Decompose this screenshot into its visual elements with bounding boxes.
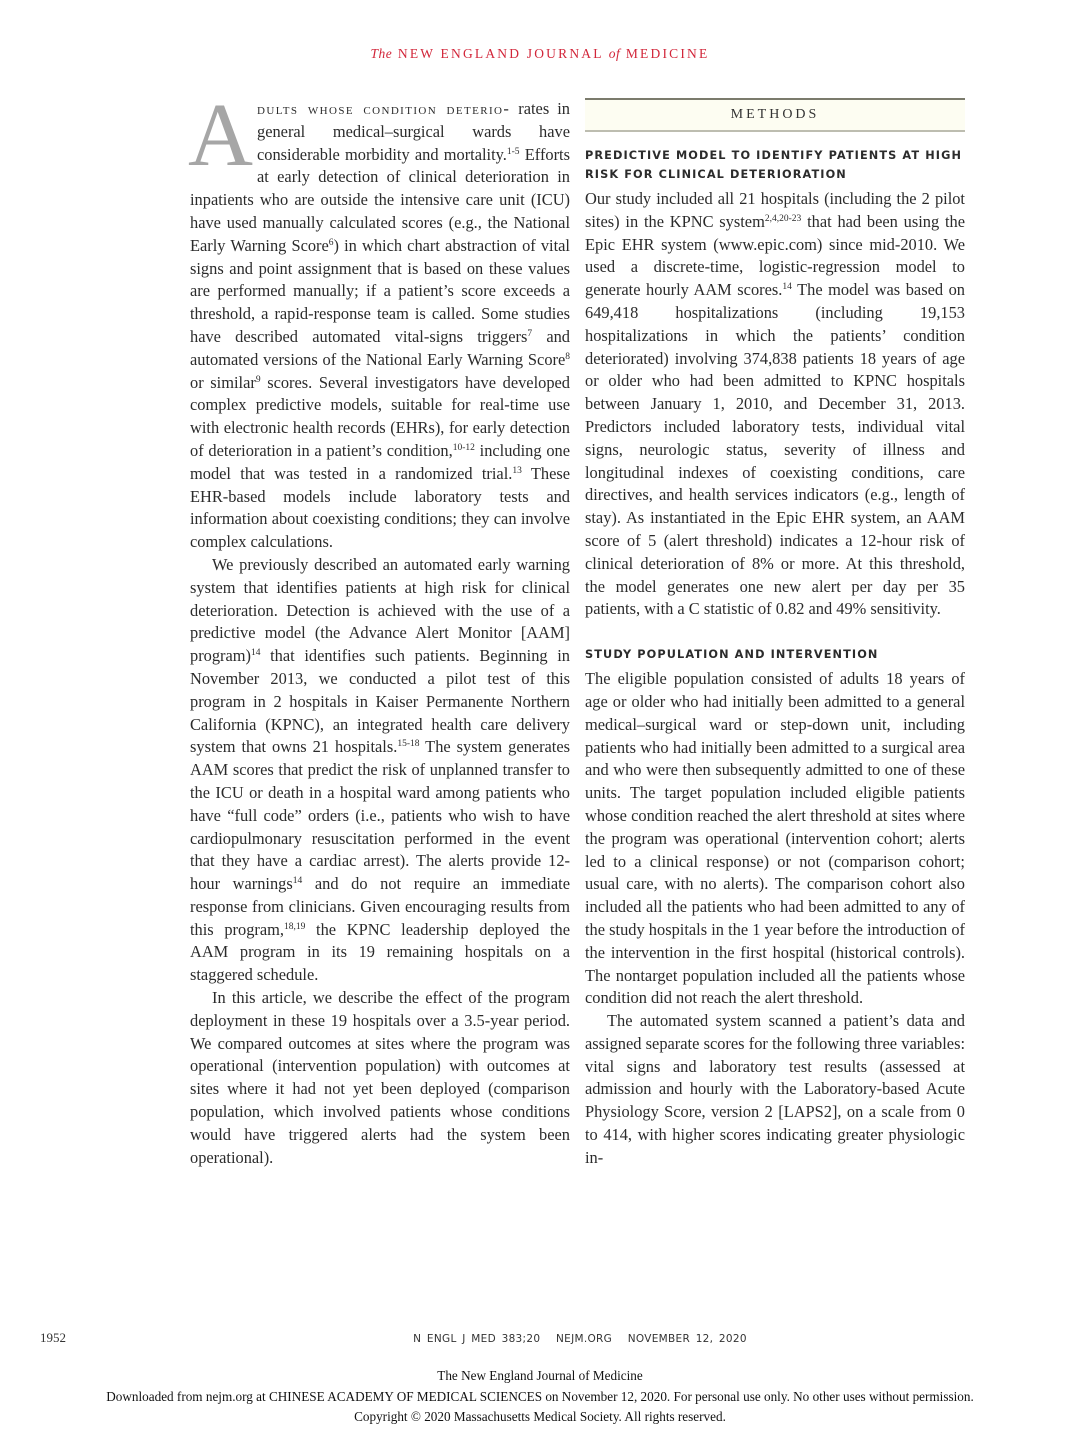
download-notice-title: The New England Journal of Medicine: [0, 1366, 1080, 1387]
intro-paragraph-2: We previously described an automated ear…: [190, 554, 570, 987]
methods-paragraph-2: The eligible population consisted of adu…: [585, 668, 965, 1010]
citation-superscript: 18,19: [284, 922, 305, 932]
paragraph-body: The eligible population consisted of adu…: [585, 669, 965, 1007]
citation-superscript: 14: [293, 876, 303, 886]
citation-superscript: 7: [527, 329, 532, 339]
journal-of: of: [609, 46, 621, 61]
paragraph-body: Our study included all 21 hospitals (inc…: [585, 189, 965, 618]
site-link[interactable]: NEJM.ORG: [556, 1333, 612, 1345]
page-number: 1952: [40, 1330, 66, 1346]
paragraph-body: The automated system scanned a patient’s…: [585, 1011, 965, 1167]
section-title: METHODS: [731, 107, 820, 122]
lead-smallcaps: dults whose condition deterio-: [257, 99, 510, 118]
right-column: METHODS Predictive Model to Identify Pat…: [585, 98, 965, 1170]
citation-superscript: 14: [251, 648, 261, 658]
journal-prefix: The: [371, 46, 393, 61]
paragraph-body: We previously described an automated ear…: [190, 555, 570, 984]
download-notice: The New England Journal of Medicine Down…: [0, 1366, 1080, 1428]
journal-name-part2: MEDICINE: [626, 46, 710, 61]
footer-citation: N ENGL J MED 383;20 NEJM.ORG NOVEMBER 12…: [390, 1333, 770, 1345]
citation-superscript: 15-18: [397, 739, 419, 749]
methods-paragraph-1: Our study included all 21 hospitals (inc…: [585, 188, 965, 621]
citation-superscript: 2,4,20-23: [765, 214, 801, 224]
paragraph-body: In this article, we describe the effect …: [190, 988, 570, 1167]
citation-superscript: 10-12: [453, 443, 475, 453]
running-head: The NEW ENGLAND JOURNAL of MEDICINE: [0, 46, 1080, 62]
dropcap: A: [188, 102, 253, 170]
citation-superscript: 8: [565, 352, 570, 362]
intro-paragraph-3: In this article, we describe the effect …: [190, 987, 570, 1169]
citation-superscript: 14: [782, 282, 792, 292]
citation-superscript: 13: [512, 466, 522, 476]
citation: N ENGL J MED 383;20: [413, 1333, 540, 1345]
download-notice-permission: Downloaded from nejm.org at CHINESE ACAD…: [0, 1387, 1080, 1408]
methods-paragraph-3: The automated system scanned a patient’s…: [585, 1010, 965, 1170]
download-notice-copyright: Copyright © 2020 Massachusetts Medical S…: [0, 1407, 1080, 1428]
subsection-heading-study-population: Study Population and Intervention: [585, 645, 965, 664]
methods-section-header: METHODS: [585, 98, 965, 132]
intro-paragraph-1: Adults whose condition deterio- rates in…: [190, 98, 570, 554]
issue-date: NOVEMBER 12, 2020: [628, 1333, 747, 1345]
subsection-heading-predictive-model: Predictive Model to Identify Patients at…: [585, 146, 965, 184]
journal-name-part1: NEW ENGLAND JOURNAL: [398, 46, 603, 61]
citation-superscript: 6: [329, 238, 334, 248]
left-column: Adults whose condition deterio- rates in…: [190, 98, 570, 1169]
citation-superscript: 1-5: [507, 147, 520, 157]
citation-superscript: 9: [256, 375, 261, 385]
